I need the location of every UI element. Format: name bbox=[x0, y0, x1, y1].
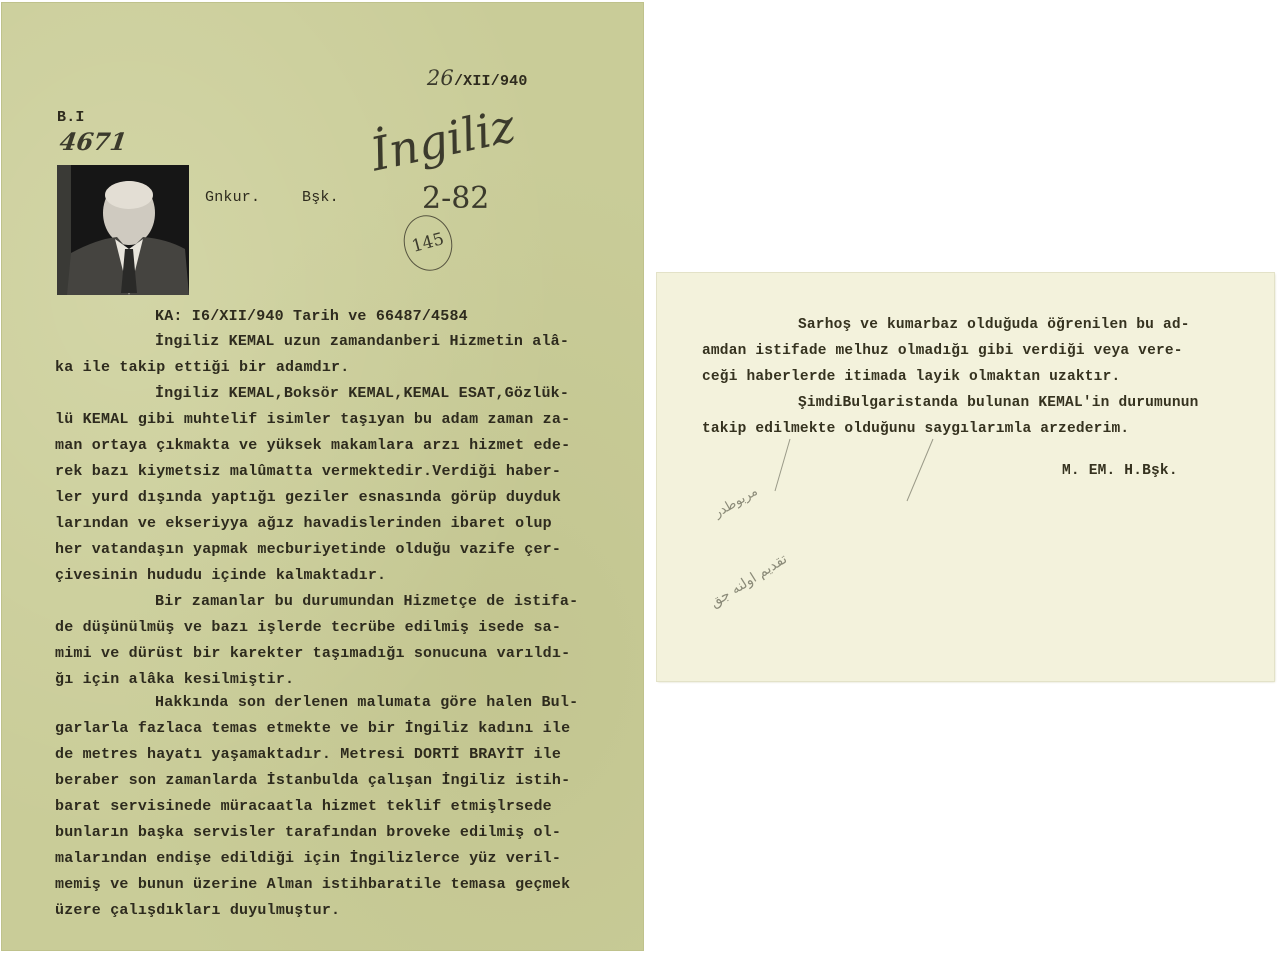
body-line: barat servisinede müracaatla hizmet tekl… bbox=[55, 798, 552, 815]
handwritten-day: 26 bbox=[427, 66, 454, 90]
body-line: garlarla fazlaca temas etmekte ve bir İn… bbox=[55, 720, 570, 737]
portrait-photo bbox=[57, 165, 189, 295]
date-stamp-text: /XII/940 bbox=[454, 73, 528, 90]
body-line: mimi ve dürüst bir karekter taşımadığı s… bbox=[55, 645, 570, 662]
body-line: lü KEMAL gibi muhtelif isimler taşıyan b… bbox=[55, 411, 570, 428]
body-line: larından ve ekseriyya ağız havadislerind… bbox=[55, 515, 552, 532]
body-line: rek bazı kiymetsiz malûmatta vermektedir… bbox=[55, 463, 561, 480]
handwritten-file-number: 4671 bbox=[58, 127, 129, 156]
handwritten-note-word: İngiliz bbox=[366, 98, 520, 181]
body-line: man ortaya çıkmakta ve yüksek makamlara … bbox=[55, 437, 570, 454]
body-line: İngiliz KEMAL,Boksör KEMAL,KEMAL ESAT,Gö… bbox=[155, 385, 569, 402]
body-line: malarından endişe edildiği için İngilizl… bbox=[55, 850, 561, 867]
body-line: memiş ve bunun üzerine Alman istihbarati… bbox=[55, 876, 570, 893]
body-line: İngiliz KEMAL uzun zamandanberi Hizmetin… bbox=[155, 333, 569, 350]
addressee: Gnkur. bbox=[205, 189, 260, 206]
addressee-title: Bşk. bbox=[302, 189, 339, 206]
reference-line: KA: I6/XII/940 Tarih ve 66487/4584 bbox=[155, 308, 468, 325]
body-line: ğı için alâka kesilmiştir. bbox=[55, 671, 294, 688]
right-document: Sarhoş ve kumarbaz olduğuda öğrenilen bu… bbox=[657, 273, 1274, 681]
left-document: 26/XII/940 B.I 4671 Gnkur. Bşk. İngiliz … bbox=[2, 3, 643, 950]
body-line: beraber son zamanlarda İstanbulda çalışa… bbox=[55, 772, 570, 789]
body-line: üzere çalışdıkları duyulmuştur. bbox=[55, 902, 340, 919]
body-line: Hakkında son derlenen malumata göre hale… bbox=[155, 694, 578, 711]
body-line: ler yurd dışında yaptığı geziler esnasın… bbox=[55, 489, 561, 506]
body-line: çivesinin hududu içinde kalmaktadır. bbox=[55, 567, 386, 584]
circled-number-text: 145 bbox=[410, 229, 447, 257]
body-line: ka ile takip ettiği bir adamdır. bbox=[55, 359, 349, 376]
portrait-image bbox=[57, 165, 189, 295]
body-line: her vatandaşın yapmak mecburiyetinde old… bbox=[55, 541, 561, 558]
body-line: de düşünülmüş ve bazı işlerde tecrübe ed… bbox=[55, 619, 561, 636]
circled-number: 145 bbox=[398, 210, 459, 277]
handwritten-note-number: 2-82 bbox=[422, 181, 489, 216]
body-line: Bir zamanlar bu durumundan Hizmetçe de i… bbox=[155, 593, 578, 610]
pencil-strokes bbox=[657, 273, 1274, 681]
office-code: B.I bbox=[57, 109, 85, 126]
body-line: de metres hayatı yaşamaktadır. Metresi D… bbox=[55, 746, 561, 763]
body-line: bunların başka servisler tarafından brov… bbox=[55, 824, 561, 841]
